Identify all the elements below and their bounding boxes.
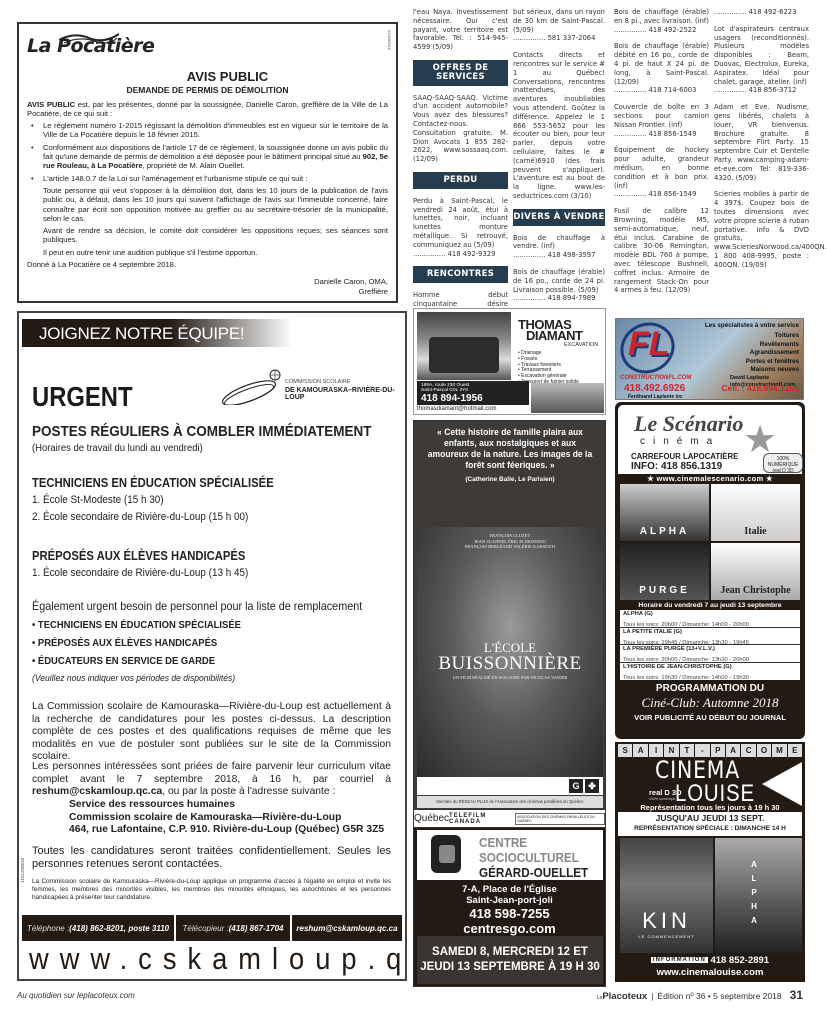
poster-alpha: ALPHA (715, 838, 802, 953)
ad-cinema-louise: SAINT-PACOME CINEMA LOUISE real D 3D 100… (615, 742, 805, 982)
poster-petite-italie: Italie (711, 484, 800, 541)
brand-subtitle: EXCAVATION (564, 342, 598, 348)
section-header-services: OFFRES DE SERVICES (413, 60, 508, 86)
cinema-title: Le Scénario (634, 411, 743, 437)
replacement-item-3: • ÉDUCATEURS EN SERVICE DE GARDE (32, 652, 355, 670)
info-phone: INFO: 418 856.1319 (631, 461, 722, 472)
excavator-photo (417, 312, 511, 380)
centre-name: SOCIOCULTUREL (479, 850, 579, 865)
tech-title: TECHNICIENS EN ÉDUCATION SPÉCIALISÉE (32, 476, 355, 490)
schedule-row: L'HISTOIRE DE JEAN-CHRISTOPHE (G)Tous le… (620, 663, 800, 681)
classified-item: Fusil de calibre 12 Browning, modèle M5,… (614, 207, 709, 295)
email-link[interactable]: reshum@cskamloup.qc.ca (32, 786, 162, 797)
postes-heading: POSTES RÉGULIERS À COMBLER IMMÉDIATEMENT (32, 423, 355, 440)
email-link[interactable]: thomasdiamant@hotmail.com (417, 406, 496, 412)
classified-item: Bois de chauffage à vendre. (inf) (513, 234, 605, 252)
location: CARREFOUR LAPOCATIÈRE (631, 452, 738, 461)
tagline: Les spécialistes à votre service (705, 322, 799, 329)
urgent-heading: URGENT (32, 381, 132, 413)
brand-name: DIAMANT (526, 328, 582, 343)
poster-kin: KINLE COMMENCEMENT (620, 838, 713, 953)
notice-bullet: Le règlement numéro 1-2015 régissant la … (27, 121, 388, 140)
reald-logo: real D 3D (649, 788, 682, 797)
ad-code: 034390618 (385, 30, 394, 50)
services-list: ToituresRevêtementsAgrandissementPortes … (746, 332, 799, 375)
centre-contact: 7-A, Place de l'ÉgliseSaint-Jean-port-jo… (414, 884, 605, 936)
notice-intro: AVIS PUBLIC est, par les présentes, donn… (27, 100, 388, 119)
ad-construction-fl: FL Les spécialistes à votre service Toit… (615, 318, 804, 400)
projector-beam-icon (762, 762, 802, 806)
email-contact[interactable]: reshum@cskamloup.qc.ca (292, 915, 402, 941)
notice-bullet: Conformément aux dispositions de l'artic… (27, 143, 388, 171)
section-header-perdu: PERDU (413, 172, 508, 189)
classifieds-column-4: ............... 418 492-6223 Lot d'aspir… (714, 8, 809, 278)
poster-jean-christophe: Jean Christophe (711, 543, 800, 600)
tech-item-2: 2. École secondaire de Rivière-du-Loup (… (32, 509, 355, 526)
org-name-line2: DE KAMOURASKA–RIVIÈRE-DU-LOUP (285, 387, 405, 401)
see-ad-note: VOIR PUBLICITÉ AU DÉBUT DU JOURNAL (615, 713, 805, 722)
cinema-label: cinéma (640, 436, 720, 447)
cine-club-label: Ciné-Club: Automne 2018 (615, 695, 805, 711)
schedule-row: LA PREMIÈRE PURGE (13+V.L.V.)Tous les so… (620, 645, 800, 663)
schedule-row: ALPHA (G)Tous les soirs: 20h00 / Dimanch… (620, 610, 800, 628)
classified-phone: ............... 418 492-6223 (714, 8, 809, 17)
classified-phone: ............... 418 856-1549 (614, 130, 709, 139)
org-name-line1: COMMISSION SCOLAIRE (285, 379, 350, 385)
classified-item: Bois de chauffage (érable) de 16 po., co… (513, 268, 605, 294)
prep-item-1: 1. École secondaire de Rivière-du-Loup (… (32, 565, 355, 582)
classified-item: Contacts directs et rencontres sur le se… (513, 51, 605, 201)
centre-name: CENTRE (479, 835, 527, 850)
footer-edition: LePlacoteux | Édition nº 36 • 5 septembr… (597, 988, 803, 1002)
cast-list: FRANÇOIS CLUZETJEAN SCANDEL ÉRIC ELMOSNI… (417, 533, 603, 550)
movie-director: UN FILM RÉALISÉ EN SOLOGNE PAR NICOLAS V… (417, 675, 603, 680)
classified-item: Équipement de hockey pour adulte, grande… (614, 146, 709, 190)
hours-note: (Horaires de travail du lundi au vendred… (32, 440, 355, 457)
la-pocatiere-logo: La Pocatière (27, 42, 154, 51)
classified-item: but sérieux, dans un rayon de 30 km de S… (513, 8, 605, 34)
contact-block: 199A, route 230 OuestSaint-Pascal G0L 3Y… (417, 381, 529, 405)
movie-title-2: BUISSONNIÈRE (417, 653, 603, 675)
phone: 418.492.6926 (624, 383, 685, 394)
classified-phone: ............... 418 894-7989 (513, 294, 605, 303)
section-header-divers: DIVERS À VENDRE (513, 209, 605, 226)
website-link[interactable]: ★ www.cinemalescenario.com ★ (615, 474, 805, 483)
schedule-title: Horaire du vendredi 7 au jeudi 13 septem… (615, 602, 805, 609)
info-phone: INFORMATION 418 852-2891 (615, 955, 805, 966)
telefilm-logo: TELEFILM CANADA (449, 813, 515, 825)
ad-code: 1151200618 (20, 858, 25, 883)
classified-item: Lot d'aspirateurs centraux usagers (reco… (714, 25, 809, 87)
ad-centre-socioculturel: CENTRE SOCIOCULTUREL GÉRARD-OUELLET 7-A,… (413, 827, 606, 987)
website-link[interactable]: CONSTRUCTIONFL.COM (620, 375, 691, 381)
classified-item: Couvercle de boîte en 3 sections pour ca… (614, 103, 709, 129)
notice-date: Donné à La Pocatière ce 4 septembre 2018… (27, 260, 388, 269)
availability-note: (Veuillez nous indiquer vos périodes de … (32, 673, 355, 684)
association-logo: ASSOCIATION DES CINÉMAS PARALLÈLES DU QU… (515, 813, 605, 825)
classifieds-column-1: l'eau Naya. Investissement nécessaire. O… (413, 8, 508, 334)
classified-phone: ............... 418 856-3712 (714, 86, 809, 95)
quebec-fleur-icon: ✤ (585, 779, 599, 793)
classified-item: l'eau Naya. Investissement nécessaire. O… (413, 8, 508, 52)
notice-paragraph: Toute personne qui veut s'opposer à la d… (27, 186, 388, 223)
replacement-item-1: • TECHNICIENS EN ÉDUCATION SPÉCIALISÉE (32, 616, 355, 634)
tech-item-1: 1. École St-Modeste (15 h 30) (32, 492, 355, 509)
ad-le-scenario: Le Scénario ★ cinéma CARREFOUR LAPOCATIÈ… (615, 402, 805, 739)
edition-info: Édition nº 36 • 5 septembre 2018 (657, 991, 781, 1001)
notice-bullet: L'article 148.0.7 de la Loi sur l'aménag… (27, 174, 388, 183)
phone-contact: Téléphone : (418) 862-8201, poste 3110 (22, 915, 174, 941)
cell-phone: Cell. : 418.894.2265 (721, 383, 799, 393)
equality-note: La Commission scolaire de Kamouraska—Riv… (32, 878, 391, 902)
schedule-table: ALPHA (G)Tous les soirs: 20h00 / Dimanch… (620, 610, 800, 680)
poster-alpha: ALPHA (620, 484, 709, 541)
classified-item: Scieries mobiles à partir de 4 397$. Cou… (714, 190, 809, 269)
replacement-item-2: • PRÉPOSÉS AUX ÉLÈVES HANDICAPÉS (32, 634, 355, 652)
show-dates: SAMEDI 8, MERCREDI 12 ETJEUDI 13 SEPTEMB… (417, 936, 603, 984)
mailing-address: Service des ressources humainesCommissio… (32, 799, 391, 837)
avis-public-notice: La Pocatière 034390618 AVIS PUBLIC DEMAN… (17, 22, 398, 303)
prep-title: PRÉPOSÉS AUX ÉLÈVES HANDICAPÉS (32, 549, 355, 563)
numerique-note: 100% numérique (649, 797, 675, 801)
classified-item: Perdu à Saint-Pascal, le vendredi 24 aoû… (413, 197, 508, 250)
sponsor-strip: Québec TELEFILM CANADA ASSOCIATION DES C… (413, 810, 606, 827)
notice-title: AVIS PUBLIC (27, 72, 388, 81)
dates-box: JUSQU'AU JEUDI 13 SEPT.REPRÉSENTATION SP… (618, 812, 802, 836)
classified-phone: ............... 581 337-2064 (513, 34, 605, 43)
quebec-logo: Québec (414, 813, 449, 824)
description-paragraph: La Commission scolaire de Kamouraska—Riv… (32, 701, 391, 764)
classified-phone: ............... 418 492-2522 (614, 26, 709, 35)
showtime-note: Représentation tous les jours à 19 h 30 (615, 803, 805, 812)
notice-signature: Danielle Caron, OMA,Greffière (27, 277, 388, 296)
truck-photo (531, 383, 604, 413)
classified-phone: ............... 418 856-1549 (614, 190, 709, 199)
notice-subtitle: DEMANDE DE PERMIS DE DÉMOLITION (27, 86, 388, 95)
centre-name: GÉRARD-OUELLET (479, 865, 588, 880)
website-link[interactable]: www.cinemalouise.com (615, 967, 805, 978)
projector-icon (431, 835, 461, 873)
join-team-banner: JOIGNEZ NOTRE ÉQUIPE! (22, 319, 292, 347)
footer-website[interactable]: Au quotidien sur leplacoteux.com (17, 991, 135, 1000)
press-quote: « Cette histoire de famille plaira aux e… (425, 427, 596, 485)
classifieds-column-2: but sérieux, dans un rayon de 30 km de S… (513, 8, 605, 311)
section-header-rencontres: RENCONTRES (413, 266, 508, 283)
rating-badges: G✤ (417, 777, 603, 795)
member-note: Membre du RÉSEAU PLUS de l'Association d… (417, 796, 603, 808)
also-urgent: Également urgent besoin de personnel pou… (32, 598, 355, 615)
classified-phone: ............... 418 498-3597 (513, 251, 605, 260)
classified-phone: ............... 418 714-6003 (614, 86, 709, 95)
ad-thomas-diamant: THOMAS DIAMANT EXCAVATION • Drainage• Fo… (413, 308, 606, 415)
fax-contact: Télécopieur : (418) 867-1704 (176, 915, 290, 941)
reald-badge: 100% NUMÉRIQUE real D 3D (763, 453, 803, 473)
job-ad-commission-scolaire: JOIGNEZ NOTRE ÉQUIPE! URGENT COMMISSION … (17, 311, 407, 981)
classified-item: SAAQ-SAAQ-SAAQ. Victime d'un accident au… (413, 94, 508, 164)
classified-item: Bois de chauffage (érable) débité en 16 … (614, 42, 709, 86)
rating-g-icon: G (569, 779, 583, 793)
notice-paragraph: Il peut en outre tenir une audition publ… (27, 248, 388, 257)
poster-purge: PURGE (620, 543, 709, 600)
poster-grid: ALPHA Italie PURGE Jean Christophe (620, 484, 800, 600)
newspaper-brand: LePlacoteux (597, 991, 647, 1002)
classifieds-column-3: Bois de chauffage (érable) en 8 pi., ave… (614, 8, 709, 303)
ad-ecole-buissonniere: « Cette histoire de famille plaira aux e… (413, 420, 606, 810)
notice-bullets: Le règlement numéro 1-2015 régissant la … (27, 121, 388, 183)
schedule-row: LA PETITE ITALIE (G)Tous les soirs: 19h4… (620, 628, 800, 646)
fl-logo: FL (628, 325, 670, 364)
commission-scolaire-logo-icon (219, 365, 289, 405)
classified-item: Adam et Eve. Nudisme, gens libérés, chal… (714, 103, 809, 182)
notice-paragraph: Avant de rendre sa décision, le comité d… (27, 226, 388, 245)
contact-bar: Téléphone : (418) 862-8201, poste 3110 T… (22, 915, 402, 941)
classified-item: Bois de chauffage (érable) en 8 pi., ave… (614, 8, 709, 26)
page-number: 31 (790, 988, 803, 1002)
movie-poster: FRANÇOIS CLUZETJEAN SCANDEL ÉRIC ELMOSNI… (417, 527, 603, 777)
classified-phone: ............... 418 492-9329 (413, 250, 508, 259)
confidential-note: Toutes les candidatures seront traitées … (32, 845, 391, 871)
apply-paragraph: Les personnes intéressées sont priées de… (32, 761, 391, 799)
company-name: Ferdinand Laplante inc (628, 394, 683, 400)
programmation-label: PROGRAMMATION DU (615, 683, 805, 694)
